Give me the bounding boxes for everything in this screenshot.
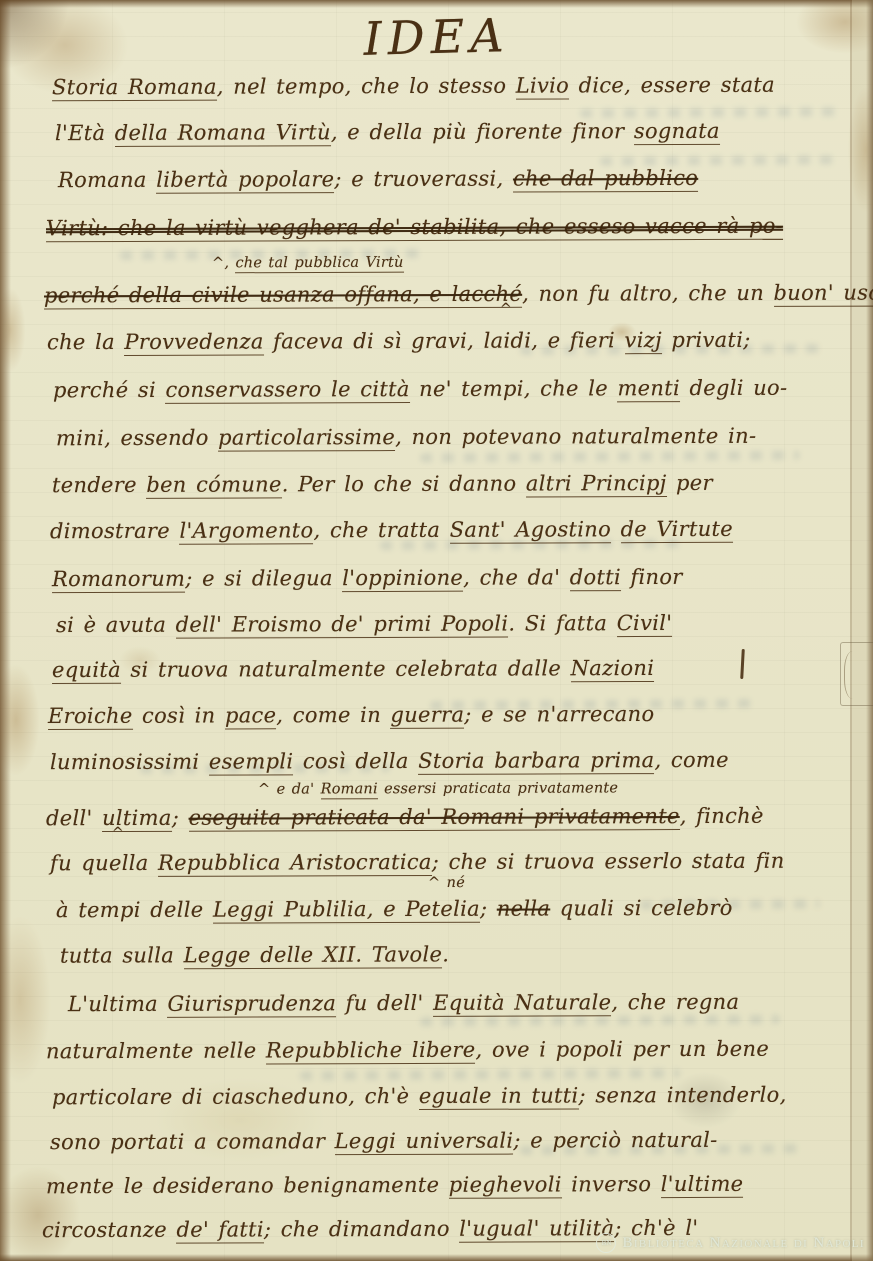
text-segment: sono portati a comandar bbox=[50, 1129, 335, 1154]
text-segment: . bbox=[442, 942, 449, 966]
underlined-text-segment: pieghevoli bbox=[449, 1172, 562, 1198]
text-segment: , che regna bbox=[611, 990, 739, 1014]
text-segment: mente le desiderano benignamente bbox=[46, 1173, 449, 1198]
text-segment: ; e se n'arrecano bbox=[464, 702, 654, 727]
underlined-text-segment: de' fatti bbox=[176, 1217, 263, 1243]
text-segment: ; che si truova esserlo stata fin bbox=[432, 849, 785, 874]
manuscript-line: si è avuta dell' Eroismo de' primi Popol… bbox=[56, 612, 672, 637]
text-segment: dice, essere stata bbox=[569, 73, 775, 98]
text-segment: tutta sulla bbox=[60, 943, 184, 967]
text-segment: ; bbox=[172, 806, 189, 830]
struck-text-segment: Virtù: che la virtù vegghera de' stabili… bbox=[46, 214, 783, 243]
text-segment: ; bbox=[480, 897, 497, 921]
underlined-text-segment: Legge delle XII. Tavole bbox=[184, 942, 443, 969]
underlined-text-segment: l'ultime bbox=[661, 1172, 744, 1198]
underlined-text-segment: Sant' Agostino bbox=[450, 517, 611, 544]
next-leaf-strip bbox=[852, 0, 873, 1261]
text-segment: , come bbox=[654, 748, 728, 772]
manuscript-line: Romana libertà popolare; e truoverassi, … bbox=[58, 167, 698, 192]
text-segment: circostanze bbox=[42, 1218, 177, 1242]
text-segment: per bbox=[667, 471, 713, 495]
underlined-text-segment: Civil' bbox=[617, 611, 673, 637]
text-segment: luminosissimi bbox=[50, 750, 209, 775]
manuscript-line: fu quella Repubblica Aristocratica; che … bbox=[50, 850, 785, 876]
interline-insertion: ^ né bbox=[428, 876, 465, 892]
manuscript-line: l'Età della Romana Virtù, e della più fi… bbox=[55, 120, 720, 145]
manuscript-line: che la Provvedenza faceva di sì gravi, l… bbox=[47, 329, 751, 355]
underlined-text-segment: dell' Eroismo de' primi Popoli bbox=[176, 611, 509, 638]
underlined-text-segment: Repubblica Aristocratica bbox=[158, 850, 432, 877]
caret-mark: ^ bbox=[500, 302, 512, 317]
underlined-text-segment: Leggi Publilia, e Petelia bbox=[213, 897, 480, 924]
library-logo-icon: BN bbox=[596, 1233, 616, 1253]
struck-text-segment: che dal pubblico bbox=[513, 166, 698, 193]
interline-insertion: ^, che tal pubblica Virtù bbox=[212, 256, 404, 273]
caret-mark: ^ bbox=[112, 826, 124, 841]
text-segment: , che da' bbox=[463, 565, 570, 589]
manuscript-line: perché della civile usanza offana, e lac… bbox=[44, 282, 873, 308]
underlined-text-segment: ben cómune bbox=[146, 472, 281, 498]
text-segment: faceva di sì gravi, laidi, e fieri bbox=[264, 328, 625, 353]
struck-text-segment: eseguita praticata da' Romani privatamen… bbox=[189, 804, 680, 832]
text-segment: , non potevano naturalmente in- bbox=[395, 424, 756, 449]
underlined-text-segment: eguale in tutti bbox=[419, 1083, 579, 1110]
underlined-text-segment: Giurisprudenza bbox=[167, 991, 336, 1018]
text-segment: essersi praticata privatamente bbox=[378, 780, 618, 797]
underlined-text-segment: altri Principj bbox=[526, 471, 667, 497]
underlined-text-segment: Provvedenza bbox=[124, 329, 263, 355]
text-segment: tendere bbox=[52, 473, 146, 497]
manuscript-line: mini, essendo particolarissime, non pote… bbox=[56, 425, 756, 451]
manuscript-line: Storia Romana, nel tempo, che lo stesso … bbox=[52, 74, 775, 100]
underlined-text-segment: della Romana Virtù bbox=[115, 120, 331, 147]
underlined-text-segment: Eroiche bbox=[48, 704, 133, 730]
underlined-text-segment: Equità Naturale bbox=[433, 990, 611, 1017]
underlined-text-segment: buon' uso bbox=[773, 281, 873, 307]
underlined-text-segment: l'ugual' utilità bbox=[459, 1216, 614, 1243]
text-segment: mini, essendo bbox=[56, 426, 218, 451]
underlined-text-segment: menti bbox=[617, 376, 680, 402]
underlined-text-segment: sognata bbox=[634, 119, 720, 145]
underlined-text-segment: che tal pubblica Virtù bbox=[235, 255, 403, 274]
underlined-text-segment: guerra bbox=[390, 703, 464, 729]
text-segment: , nel tempo, che lo stesso bbox=[217, 74, 516, 99]
text-segment: così in bbox=[133, 703, 225, 727]
underlined-text-segment: libertà popolare bbox=[156, 167, 334, 194]
underlined-text-segment: l'oppinione bbox=[342, 566, 463, 592]
text-segment: ne' tempi, che le bbox=[410, 376, 618, 401]
text-segment: l'Età bbox=[55, 121, 115, 145]
text-segment: L'ultima bbox=[68, 992, 168, 1016]
text-segment: . Si fatta bbox=[508, 611, 616, 635]
text-segment: à tempi delle bbox=[56, 898, 213, 923]
struck-text-segment: perché della civile usanza offana, e lac… bbox=[44, 282, 522, 310]
text-segment: , come in bbox=[276, 703, 390, 727]
text-segment: naturalmente nelle bbox=[46, 1038, 266, 1063]
text-segment: ; e si dilegua bbox=[185, 566, 342, 591]
manuscript-line: Virtù: che la virtù vegghera de' stabili… bbox=[46, 215, 783, 241]
underlined-text-segment: Romanorum bbox=[52, 567, 185, 593]
text-segment: , ove i popoli per un bene bbox=[475, 1037, 769, 1062]
manuscript-line: particolare di ciascheduno, ch'è eguale … bbox=[52, 1084, 787, 1110]
text-segment: quali si celebrò bbox=[550, 896, 733, 921]
text-segment: degli uo- bbox=[680, 376, 787, 400]
underlined-text-segment: Leggi universali bbox=[335, 1129, 514, 1156]
text-segment: privati; bbox=[662, 328, 751, 352]
text-segment: ^ bbox=[112, 825, 124, 841]
manuscript-line: Eroiche così in pace, come in guerra; e … bbox=[48, 703, 654, 728]
underlined-text-segment: esempli bbox=[209, 749, 294, 775]
underlined-text-segment: de Virtute bbox=[621, 517, 734, 543]
manuscript-line: tutta sulla Legge delle XII. Tavole. bbox=[60, 943, 449, 967]
manuscript-line: naturalmente nelle Repubbliche libere, o… bbox=[46, 1038, 769, 1064]
manuscript-line: dell' ultima; eseguita praticata da' Rom… bbox=[46, 805, 764, 831]
manuscript-line: sono portati a comandar Leggi universali… bbox=[50, 1129, 718, 1154]
text-segment: ^ bbox=[500, 301, 512, 317]
margin-bracket bbox=[844, 651, 861, 699]
text-segment: , finchè bbox=[680, 804, 764, 828]
text-segment: dell' bbox=[46, 806, 102, 830]
manuscript-line: luminosissimi esempli così della Storia … bbox=[50, 749, 729, 774]
text-segment: ^ né bbox=[428, 875, 465, 891]
text-segment: perché si bbox=[53, 378, 166, 402]
text-segment: finor bbox=[621, 565, 683, 589]
text-segment: ; senza intenderlo, bbox=[578, 1083, 786, 1108]
text-segment: ^ e da' bbox=[258, 781, 321, 797]
text-segment: , che tratta bbox=[313, 518, 449, 542]
text-segment: così della bbox=[293, 749, 418, 773]
text-segment: ; e perciò natural- bbox=[513, 1128, 717, 1153]
manuscript-line: mente le desiderano benignamente pieghev… bbox=[46, 1173, 743, 1199]
library-watermark: BN Biblioteca Nazionale di Napoli bbox=[596, 1233, 865, 1253]
underlined-text-segment: conservassero le città bbox=[165, 377, 409, 404]
underlined-text-segment: Storia barbara prima bbox=[418, 748, 654, 775]
underlined-text-segment: Storia Romana bbox=[52, 75, 217, 102]
text-segment: fu dell' bbox=[336, 991, 433, 1015]
text-segment: particolare di ciascheduno, ch'è bbox=[52, 1084, 419, 1109]
text-segment: si truova naturalmente celebrata dalle bbox=[121, 656, 571, 682]
manuscript-line: à tempi delle Leggi Publilia, e Petelia;… bbox=[56, 897, 733, 922]
manuscript-line: equità si truova naturalmente celebrata … bbox=[52, 657, 654, 682]
text-segment: fu quella bbox=[50, 851, 158, 875]
manuscript-line: L'ultima Giurisprudenza fu dell' Equità … bbox=[68, 991, 739, 1016]
underlined-text-segment: equità bbox=[52, 658, 121, 684]
manuscript-line: perché si conservassero le città ne' tem… bbox=[53, 377, 787, 403]
manuscript-line: dimostrare l'Argomento, che tratta Sant'… bbox=[50, 518, 733, 543]
underlined-text-segment: pace bbox=[225, 703, 276, 729]
library-watermark-label: Biblioteca Nazionale di Napoli bbox=[622, 1235, 865, 1252]
underlined-text-segment: Romani bbox=[321, 781, 378, 799]
text-segment: ; e truoverassi, bbox=[334, 167, 513, 192]
underlined-text-segment: Nazioni bbox=[571, 656, 655, 682]
manuscript-line: Romanorum; e si dilegua l'oppinione, che… bbox=[52, 566, 683, 591]
underlined-text-segment: vizj bbox=[624, 328, 661, 354]
text-segment: si è avuta bbox=[56, 613, 176, 637]
interline-insertion: ^ e da' Romani essersi praticata privata… bbox=[258, 781, 618, 798]
text-segment: . Per lo che si danno bbox=[282, 471, 526, 496]
underlined-text-segment: Repubbliche libere bbox=[266, 1038, 476, 1065]
underlined-text-segment: Livio bbox=[516, 73, 569, 99]
text-segment bbox=[611, 517, 621, 541]
text-segment: , e della più fiorente finor bbox=[331, 119, 634, 144]
text-segment: ; che dimandano bbox=[264, 1217, 459, 1242]
text-segment: dimostrare bbox=[50, 519, 180, 543]
text-segment: che la bbox=[47, 330, 124, 354]
underlined-text-segment: particolarissime bbox=[218, 425, 395, 452]
text-segment: ^, bbox=[212, 255, 236, 271]
text-segment: Romana bbox=[58, 168, 156, 192]
text-segment: , non fu altro, che un bbox=[522, 281, 774, 306]
underlined-text-segment: l'Argomento bbox=[179, 518, 313, 544]
underlined-text-segment: dotti bbox=[570, 565, 621, 591]
manuscript-line: tendere ben cómune. Per lo che si danno … bbox=[52, 472, 713, 497]
struck-text-segment: nella bbox=[497, 896, 550, 920]
text-segment: inverso bbox=[562, 1172, 661, 1196]
